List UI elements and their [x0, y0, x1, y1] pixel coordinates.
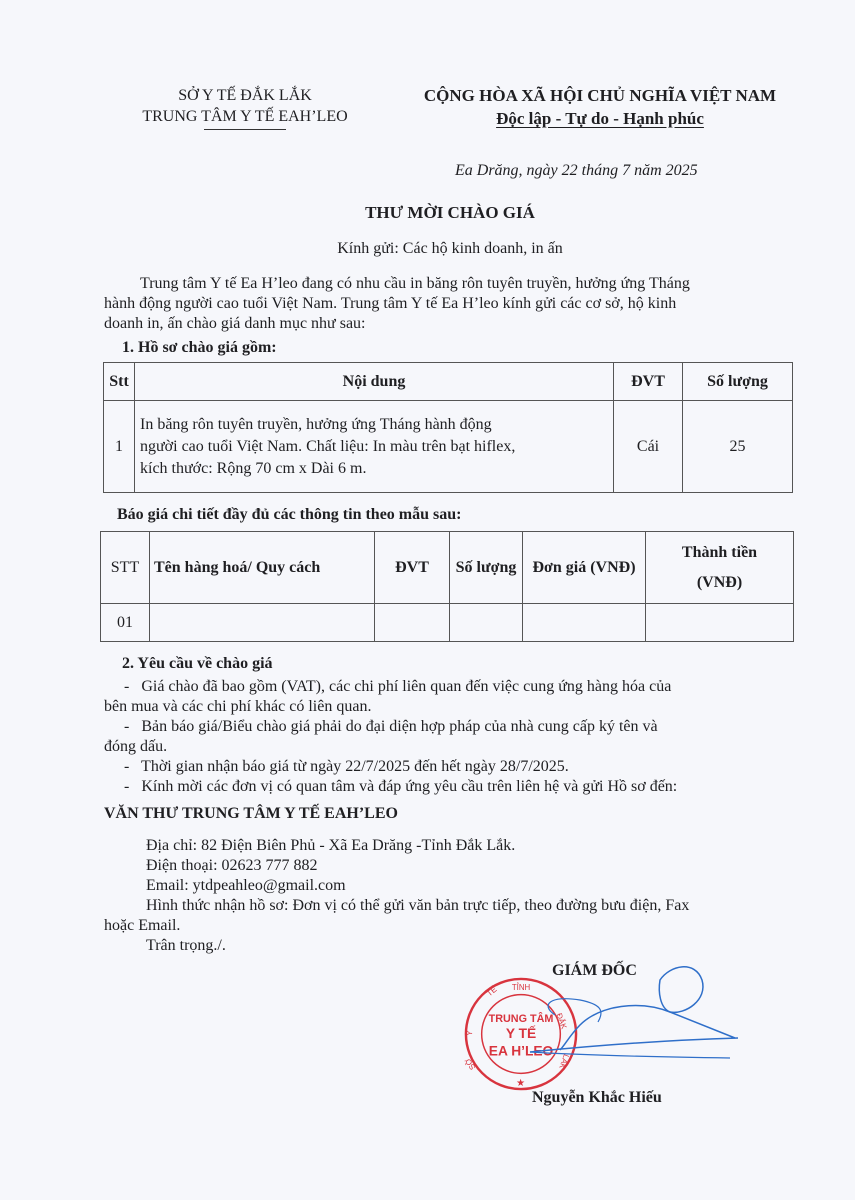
request-table: Stt Nội dung ĐVT Số lượng 1 In băng rôn …: [103, 362, 793, 493]
col-item-name: Tên hàng hoá/ Quy cách: [150, 532, 375, 604]
closing: Trân trọng./.: [104, 936, 796, 956]
contact-address: Địa chỉ: 82 Điện Biên Phủ - Xã Ea Drăng …: [104, 836, 796, 856]
document-title: THƯ MỜI CHÀO GIÁ: [100, 203, 800, 223]
row-unit-price: [523, 604, 646, 642]
recipient: Kính gửi: Các hộ kinh doanh, in ấn: [100, 240, 800, 258]
quote-template-table: STT Tên hàng hoá/ Quy cách ĐVT Số lượng …: [100, 531, 794, 642]
svg-text:★: ★: [516, 1078, 525, 1089]
contact-method-cont: hoặc Email.: [104, 916, 796, 936]
section1-heading: 1. Hồ sơ chào giá gồm:: [122, 339, 277, 357]
content-line: người cao tuổi Việt Nam. Chất liệu: In m…: [140, 436, 609, 458]
agency-header: SỞ Y TẾ ĐẮK LẮK TRUNG TÂM Y TẾ EAH’LEO: [100, 85, 390, 130]
agency-underline: [204, 129, 286, 130]
row-unit: [375, 604, 450, 642]
motto: Độc lập - Tự do - Hạnh phúc: [390, 107, 810, 131]
intro-line: hành động người cao tuổi Việt Nam. Trung…: [104, 294, 796, 314]
table-row: 01: [101, 604, 794, 642]
col-stt: Stt: [104, 363, 135, 401]
requirement-item: - Bản báo giá/Biểu chào giá phải do đại …: [104, 717, 796, 737]
col-unit: ĐVT: [614, 363, 683, 401]
col-stt: STT: [101, 532, 150, 604]
col-quantity: Số lượng: [683, 363, 793, 401]
requirement-item: - Thời gian nhận báo giá từ ngày 22/7/20…: [104, 757, 796, 777]
issuing-agency: TRUNG TÂM Y TẾ EAH’LEO: [100, 107, 390, 127]
country-name: CỘNG HÒA XÃ HỘI CHỦ NGHĨA VIỆT NAM: [390, 85, 810, 107]
col-content: Nội dung: [135, 363, 614, 401]
svg-text:Y: Y: [465, 1029, 474, 1036]
col-total-line1: Thành tiền: [650, 538, 789, 568]
quote-template-heading: Báo giá chi tiết đầy đủ các thông tin th…: [117, 506, 461, 524]
contact-details: Địa chỉ: 82 Điện Biên Phủ - Xã Ea Drăng …: [104, 836, 796, 956]
content-line: kích thước: Rộng 70 cm x Dài 6 m.: [140, 458, 609, 480]
row-unit: Cái: [614, 401, 683, 493]
col-unit-price: Đơn giá (VNĐ): [523, 532, 646, 604]
requirements-list: - Giá chào đã bao gồm (VAT), các chi phí…: [104, 677, 796, 797]
requirement-item: - Kính mời các đơn vị có quan tâm và đáp…: [104, 777, 796, 797]
requirement-item-cont: bên mua và các chi phí khác có liên quan…: [104, 697, 796, 717]
content-line: In băng rôn tuyên truyền, hưởng ứng Thán…: [140, 414, 609, 436]
requirement-item: - Giá chào đã bao gồm (VAT), các chi phí…: [104, 677, 796, 697]
row-stt: 1: [104, 401, 135, 493]
row-content: In băng rôn tuyên truyền, hưởng ứng Thán…: [135, 401, 614, 493]
col-total: Thành tiền (VNĐ): [646, 532, 794, 604]
intro-line: Trung tâm Y tế Ea H’leo đang có nhu cầu …: [104, 274, 796, 294]
signer-name: Nguyễn Khắc Hiếu: [532, 1089, 662, 1107]
row-total: [646, 604, 794, 642]
intro-paragraph: Trung tâm Y tế Ea H’leo đang có nhu cầu …: [104, 274, 796, 334]
row-stt: 01: [101, 604, 150, 642]
col-unit: ĐVT: [375, 532, 450, 604]
col-total-line2: (VNĐ): [650, 568, 789, 598]
contact-phone: Điện thoại: 02623 777 882: [104, 856, 796, 876]
col-quantity: Số lượng: [450, 532, 523, 604]
parent-agency: SỞ Y TẾ ĐẮK LẮK: [100, 85, 390, 107]
svg-text:SỞ: SỞ: [463, 1056, 477, 1071]
contact-email: Email: ytdpeahleo@gmail.com: [104, 876, 796, 896]
intro-line: doanh in, ấn chào giá danh mục như sau:: [104, 314, 796, 334]
row-quantity: 25: [683, 401, 793, 493]
handwritten-signature-icon: [520, 960, 750, 1070]
row-item-name: [150, 604, 375, 642]
table-row: 1 In băng rôn tuyên truyền, hưởng ứng Th…: [104, 401, 793, 493]
contact-method: Hình thức nhận hồ sơ: Đơn vị có thể gửi …: [104, 896, 796, 916]
date-place: Ea Drăng, ngày 22 tháng 7 năm 2025: [455, 162, 698, 180]
contact-org: VĂN THƯ TRUNG TÂM Y TẾ EAH’LEO: [104, 805, 398, 823]
requirement-item-cont: đóng dấu.: [104, 737, 796, 757]
row-quantity: [450, 604, 523, 642]
national-header: CỘNG HÒA XÃ HỘI CHỦ NGHĨA VIỆT NAM Độc l…: [390, 85, 810, 131]
section2-heading: 2. Yêu cầu về chào giá: [122, 655, 273, 673]
svg-text:TẾ: TẾ: [484, 984, 498, 998]
